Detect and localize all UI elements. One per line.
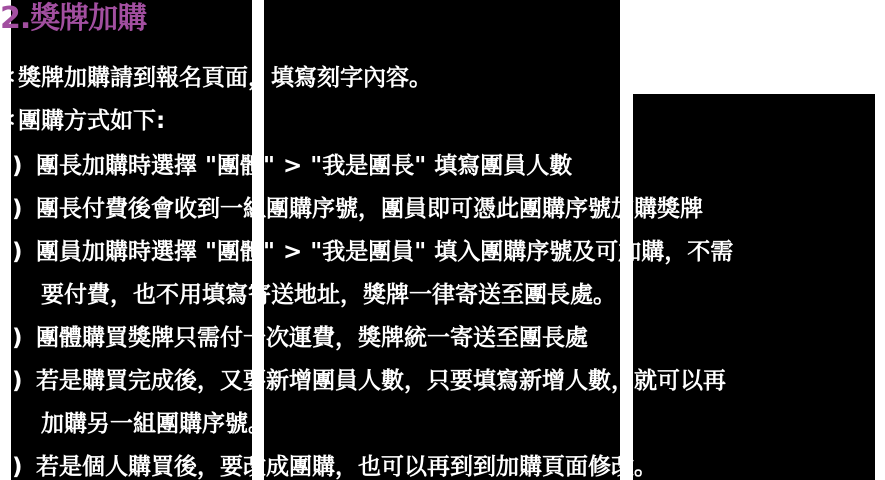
section-title: 2.獎牌加購 (0, 0, 146, 40)
step-item: 2)團長付費後會收到一組團購序號，團員即可憑此團購序號加購獎牌 (0, 189, 703, 229)
step-item: 6)若是個人購買後，要改成團購，也可以再到到加購頁面修改。 (0, 447, 657, 480)
bullet-text: 團購方式如下: (18, 108, 165, 134)
step-item: 5)若是購買完成後，又要新增團員人數，只要填寫新增人數，就可以再 (0, 361, 726, 401)
step-text: 團體購買獎牌只需付一次運費，獎牌統一寄送至團長處 (36, 325, 588, 351)
occluding-strip (620, 0, 633, 480)
step-item: 1)團長加購時選擇 "團體" > "我是團長" 填寫團員人數 (0, 146, 572, 186)
bullet-item: ＊獎牌加購請到報名頁面，填寫刻字內容。 (0, 58, 432, 98)
step-text: 團長加購時選擇 "團體" > "我是團長" 填寫團員人數 (36, 153, 572, 179)
step-text: 加購另一組團購序號。 (41, 411, 271, 437)
step-text: 若是個人購買後，要改成團購，也可以再到到加購頁面修改。 (36, 454, 657, 480)
step-item: 4)團體購買獎牌只需付一次運費，獎牌統一寄送至團長處 (0, 318, 588, 358)
bullet-item: ＊團購方式如下: (0, 101, 165, 141)
occluding-block (633, 0, 885, 94)
occluding-strip (0, 40, 10, 480)
step-text: 要付費，也不用填寫寄送地址，獎牌一律寄送至團長處。 (41, 282, 616, 308)
step-text: 團長付費後會收到一組團購序號，團員即可憑此團購序號加購獎牌 (36, 196, 703, 222)
step-continuation: 要付費，也不用填寫寄送地址，獎牌一律寄送至團長處。 (0, 275, 616, 315)
step-continuation: 加購另一組團購序號。 (0, 404, 271, 444)
occluding-strip (875, 0, 885, 480)
bullet-text: 獎牌加購請到報名頁面，填寫刻字內容。 (18, 65, 432, 91)
occluding-strip (252, 0, 264, 480)
